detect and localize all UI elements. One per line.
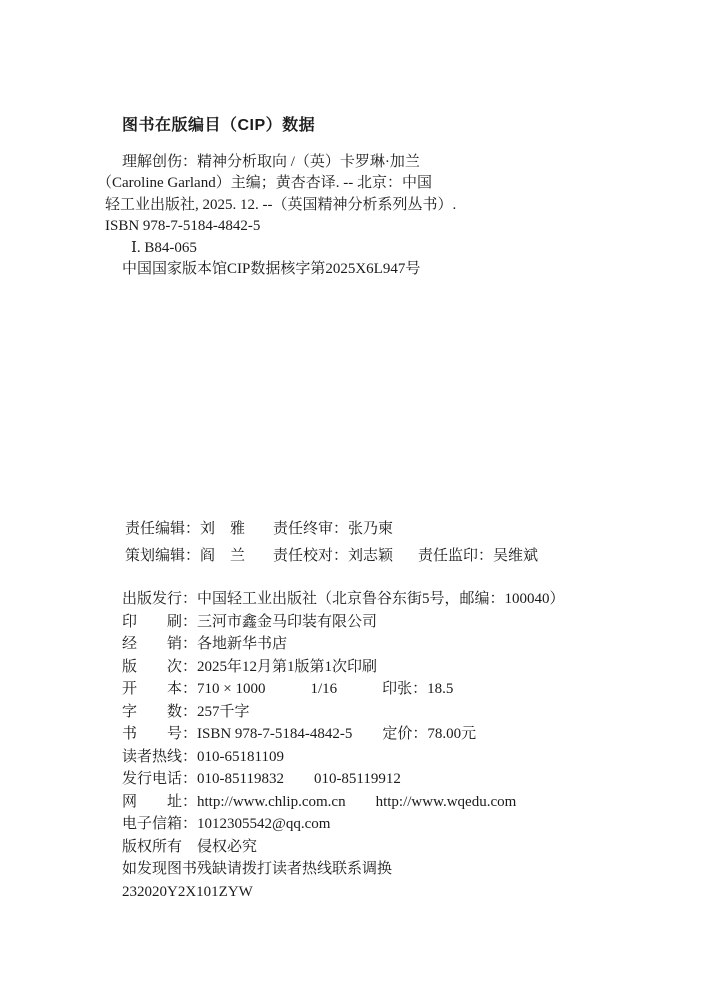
- cip-description-line: 轻工业出版社, 2025. 12. --（英国精神分析系列丛书）.: [105, 195, 605, 217]
- imprint-sales-phone: 发行电话：010-85119832 010-85119912: [122, 768, 682, 791]
- imprint-email: 电子信箱：1012305542@qq.com: [122, 813, 682, 836]
- imprint-distributor: 经 销：各地新华书店: [122, 633, 682, 656]
- imprint-publisher: 出版发行：中国轻工业出版社（北京鲁谷东街5号，邮编：100040）: [122, 588, 682, 611]
- imprint-format: 开 本：710 × 1000 1/16 印张：18.5: [122, 678, 682, 701]
- imprint-word-count: 字 数：257千字: [122, 701, 682, 724]
- imprint-printer: 印 刷：三河市鑫金马印装有限公司: [122, 611, 682, 634]
- cip-classification: Ⅰ. B84-065: [105, 238, 605, 260]
- imprint-replacement-notice: 如发现图书残缺请拨打读者热线联系调换: [122, 858, 682, 881]
- cip-description-line: 理解创伤：精神分析取向 /（英）卡罗琳·加兰: [105, 152, 605, 174]
- cip-isbn-line: ISBN 978-7-5184-4842-5: [105, 216, 605, 238]
- imprint-isbn-price: 书 号：ISBN 978-7-5184-4842-5 定价：78.00元: [122, 723, 682, 746]
- cip-record-number: 中国国家版本馆CIP数据核字第2025X6L947号: [105, 259, 605, 281]
- staff-final-reviewer: 责任终审：张乃柬: [273, 517, 393, 538]
- cip-header: 图书在版编目（CIP）数据: [105, 115, 605, 137]
- imprint-block: 出版发行：中国轻工业出版社（北京鲁谷东街5号，邮编：100040） 印 刷：三河…: [122, 588, 682, 903]
- staff-proofreader: 责任校对：刘志颖: [273, 544, 393, 565]
- staff-planning-editor: 策划编辑：阎 兰: [125, 544, 245, 565]
- imprint-reader-hotline: 读者热线：010-65181109: [122, 746, 682, 769]
- imprint-website: 网 址：http://www.chlip.com.cn http://www.w…: [122, 791, 682, 814]
- cip-description-line: （Caroline Garland）主编；黄杏杏译. -- 北京：中国: [97, 173, 605, 195]
- imprint-copyright-notice: 版权所有 侵权必究: [122, 836, 682, 859]
- cip-data-block: 图书在版编目（CIP）数据 理解创伤：精神分析取向 /（英）卡罗琳·加兰 （Ca…: [105, 115, 605, 281]
- staff-managing-editor: 责任编辑：刘 雅: [125, 517, 245, 538]
- imprint-product-code: 232020Y2X101ZYW: [122, 881, 682, 904]
- staff-print-supervisor: 责任监印：吴维斌: [418, 544, 538, 565]
- book-copyright-page: 图书在版编目（CIP）数据 理解创伤：精神分析取向 /（英）卡罗琳·加兰 （Ca…: [0, 0, 708, 1000]
- imprint-edition: 版 次：2025年12月第1版第1次印刷: [122, 656, 682, 679]
